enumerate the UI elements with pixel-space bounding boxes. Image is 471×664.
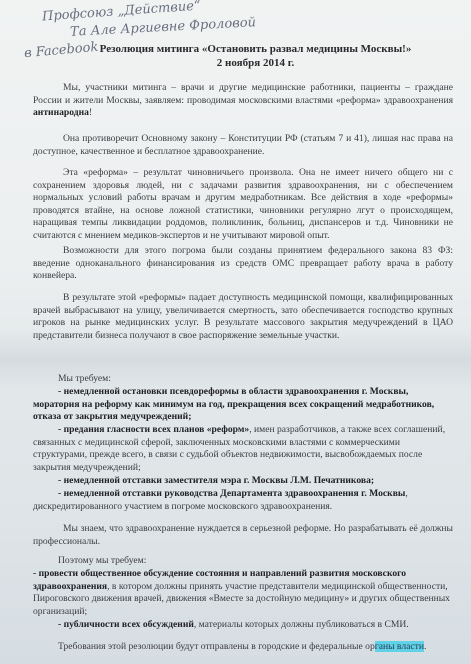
- paragraph-1-end: !: [89, 107, 92, 118]
- second-demand-2: - публичности всех обсуждений, материалы…: [33, 619, 453, 632]
- paragraph-1-bold: антинародна: [33, 107, 89, 118]
- closing-end: .: [424, 641, 426, 652]
- second-demands-intro: Поэтому мы требуем:: [58, 555, 146, 566]
- demand-4-bold: - немедленной отставки руководства Депар…: [58, 488, 405, 499]
- demand-2: - предания гласности всех планов «реформ…: [33, 424, 453, 474]
- document-title: Резолюция митинга «Остановить развал мед…: [40, 43, 471, 55]
- demand-2-bold: - предания гласности всех планов «реформ…: [58, 424, 249, 435]
- demand-4: - немедленной отставки руководства Депар…: [33, 488, 453, 513]
- reform-paragraph: Мы знаем, что здравоохранение нуждается …: [33, 523, 453, 548]
- paragraph-3: Эта «реформа» – результат чиновничьего п…: [33, 167, 453, 243]
- second-demand-2-bold: - публичности всех обсуждений: [58, 619, 194, 630]
- demand-3-bold: - немедленной отставки заместителя мэра …: [58, 475, 374, 486]
- closing-text: Требования этой резолюции будут отправле…: [58, 641, 375, 652]
- paragraph-1: Мы, участники митинга – врачи и другие м…: [33, 82, 453, 120]
- demand-1-bold: - немедленной остановки псевдореформы в …: [33, 386, 434, 422]
- paragraph-1-text: Мы, участники митинга – врачи и другие м…: [33, 82, 453, 106]
- document-date: 2 ноября 2014 г.: [40, 57, 471, 69]
- second-demand-1: - провести общественное обсуждение состо…: [33, 568, 453, 618]
- demand-1: - немедленной остановки псевдореформы в …: [33, 386, 453, 424]
- demands-intro: Мы требуем:: [58, 373, 111, 384]
- paragraph-5: В результате этой «реформы» падает досту…: [33, 292, 453, 342]
- second-demand-2-text: , материалы которых должны публиковаться…: [194, 619, 409, 630]
- closing-statement: Требования этой резолюции будут отправле…: [58, 641, 426, 652]
- closing-highlight: ганы власти: [375, 641, 424, 652]
- paragraph-4: Возможности для этого погрома были созда…: [33, 245, 453, 283]
- demand-3: - немедленной отставки заместителя мэра …: [33, 475, 453, 488]
- paragraph-2: Она противоречит Основному закону – Конс…: [33, 133, 453, 158]
